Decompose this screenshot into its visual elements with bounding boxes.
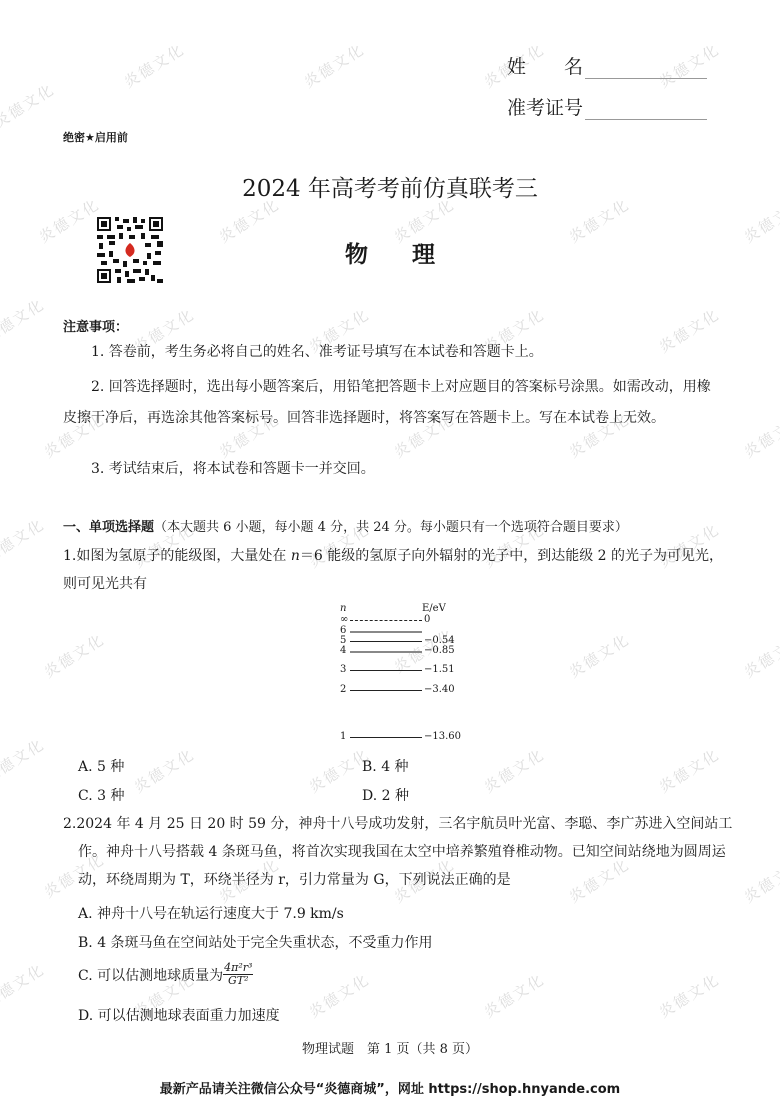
watermark: 炎德文化 <box>0 959 48 1013</box>
option-c: C. 3 种 <box>78 785 124 805</box>
subject-char: 理 <box>412 242 435 268</box>
energy-level-diagram: n E/eV ∞0 6 5−0.54 4−0.85 3−1.51 2−3.40 … <box>336 603 486 743</box>
option-a: A. 5 种 <box>78 756 124 776</box>
question-number: 1. <box>63 548 76 564</box>
notes-title: 注意事项： <box>63 316 128 335</box>
watermark: 炎德文化 <box>480 969 549 1023</box>
option-d: D. 可以估测地球表面重力加速度 <box>78 1005 280 1025</box>
note-item: 3. 考试结束后，将本试卷和答题卡一并交回。 <box>63 458 723 481</box>
subject-title: 物理 <box>0 236 780 269</box>
option-b: B. 4 条斑马鱼在空间站处于完全失重状态，不受重力作用 <box>78 932 433 952</box>
question-stem: 如图为氢原子的能级图，大量处在 <box>76 548 290 564</box>
exam-title: 2024 年高考考前仿真联考三 <box>0 170 780 203</box>
watermark: 炎德文化 <box>0 294 48 348</box>
watermark: 炎德文化 <box>0 79 58 133</box>
watermark: 炎德文化 <box>0 514 48 568</box>
energy-level: 2−3.40 <box>336 684 486 696</box>
energy-level: 1−13.60 <box>336 731 486 743</box>
energy-axis-label: E/eV <box>422 603 446 614</box>
option-c: C. 可以估测地球质量为 4π²r³ GT² <box>78 962 253 987</box>
exam-id-field[interactable]: 准考证号 <box>507 93 707 120</box>
name-label: 姓 名 <box>507 52 583 79</box>
option-b: B. 4 种 <box>362 756 409 776</box>
fraction: 4π²r³ GT² <box>223 962 253 987</box>
watermark: 炎德文化 <box>740 409 780 463</box>
watermark: 炎德文化 <box>655 969 724 1023</box>
section-title: 一、单项选择题 <box>63 520 154 535</box>
watermark: 炎德文化 <box>40 629 109 683</box>
question-var: n <box>291 548 300 564</box>
subject-char: 物 <box>345 242 368 268</box>
question-2: 2.2024 年 4 月 25 日 20 时 59 分，神舟十八号成功发射，三名… <box>63 810 738 894</box>
watermark: 炎德文化 <box>120 39 189 93</box>
exam-id-input-line[interactable] <box>585 97 707 120</box>
option-d: D. 2 种 <box>362 785 409 805</box>
n-axis-label: n <box>340 603 346 614</box>
option-a: A. 神舟十八号在轨运行速度大于 7.9 km/s <box>78 903 344 923</box>
watermark: 炎德文化 <box>300 39 369 93</box>
watermark: 炎德文化 <box>740 629 780 683</box>
fraction-denominator: GT² <box>223 975 253 987</box>
option-c-text: C. 可以估测地球质量为 <box>78 965 223 985</box>
watermark: 炎德文化 <box>480 744 549 798</box>
note-item: 1. 答卷前，考生务必将自己的姓名、准考证号填写在本试卷和答题卡上。 <box>63 341 723 364</box>
page-number: 物理试题 第 1 页（共 8 页） <box>0 1038 780 1057</box>
name-input-line[interactable] <box>585 56 707 79</box>
energy-level: 3−1.51 <box>336 664 486 676</box>
note-item: 2. 回答选择题时，选出每小题答案后，用铅笔把答题卡上对应题目的答案标号涂黑。如… <box>63 372 723 434</box>
question-stem: 2024 年 4 月 25 日 20 时 59 分，神舟十八号成功发射，三名宇航… <box>76 816 732 888</box>
watermark: 炎德文化 <box>740 854 780 908</box>
energy-level: 4−0.85 <box>336 645 486 657</box>
watermark: 炎德文化 <box>565 629 634 683</box>
confidential-label: 绝密★启用前 <box>63 129 128 145</box>
watermark: 炎德文化 <box>0 734 48 788</box>
question-number: 2. <box>63 816 76 832</box>
section-desc: （本大题共 6 小题，每小题 4 分，共 24 分。每小题只有一个选项符合题目要… <box>154 520 628 535</box>
section-header: 一、单项选择题（本大题共 6 小题，每小题 4 分，共 24 分。每小题只有一个… <box>63 516 628 535</box>
watermark: 炎德文化 <box>305 969 374 1023</box>
promo-banner: 最新产品请关注微信公众号“炎德商城”，网址 https://shop.hnyan… <box>0 1078 780 1097</box>
exam-id-label: 准考证号 <box>507 93 583 120</box>
watermark: 炎德文化 <box>655 744 724 798</box>
question-1: 1.如图为氢原子的能级图，大量处在 n＝6 能级的氢原子向外辐射的光子中，到达能… <box>63 542 723 598</box>
name-field[interactable]: 姓 名 <box>507 52 707 79</box>
watermark: 炎德文化 <box>130 744 199 798</box>
